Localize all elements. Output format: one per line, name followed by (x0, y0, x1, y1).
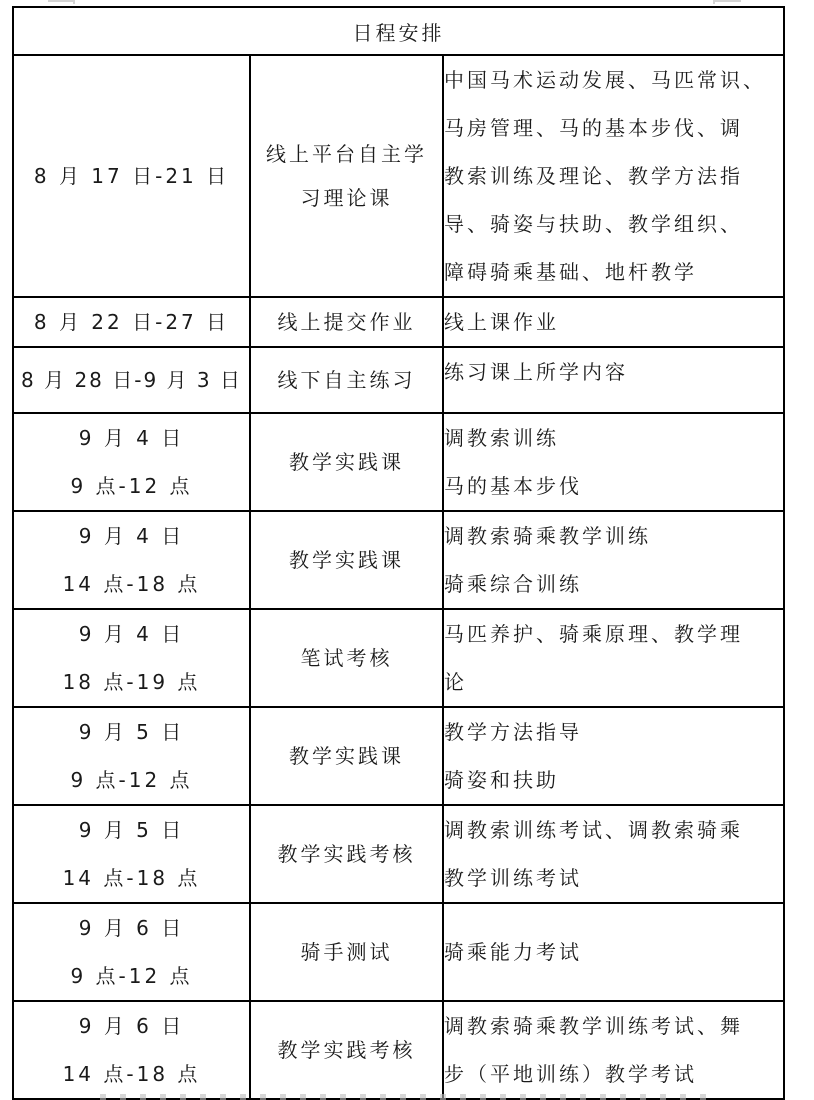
content-cell: 调教索骑乘教学训练考试、舞 步（平地训练）教学考试 (443, 1001, 784, 1099)
content-text: 教索训练及理论、教学方法指 (444, 152, 783, 200)
table-row: 9 月 4 日 9 点-12 点 教学实践课 调教索训练 马的基本步伐 (13, 413, 784, 511)
type-cell: 骑手测试 (250, 903, 443, 1001)
time-text: 14 点-18 点 (14, 854, 249, 902)
content-text: 障碍骑乘基础、地杆教学 (444, 248, 783, 296)
content-text: 骑乘综合训练 (444, 560, 783, 608)
type-text: 笔试考核 (251, 636, 442, 680)
date-text: 9 月 4 日 (14, 610, 249, 658)
date-text: 9 月 5 日 (14, 806, 249, 854)
type-text: 教学实践课 (251, 734, 442, 778)
content-text: 步（平地训练）教学考试 (444, 1050, 783, 1098)
type-text: 教学实践课 (251, 538, 442, 582)
content-text: 导、骑姿与扶助、教学组织、 (444, 200, 783, 248)
content-text: 骑姿和扶助 (444, 756, 783, 804)
time-text: 9 点-12 点 (14, 756, 249, 804)
type-text: 教学实践考核 (251, 1028, 442, 1072)
type-cell: 教学实践考核 (250, 1001, 443, 1099)
table-title: 日程安排 (13, 7, 784, 55)
type-cell: 教学实践课 (250, 511, 443, 609)
type-cell: 线下自主练习 (250, 347, 443, 413)
content-text: 骑乘能力考试 (444, 928, 783, 976)
table-row: 9 月 6 日 9 点-12 点 骑手测试 骑乘能力考试 (13, 903, 784, 1001)
cropped-footer-text (100, 1094, 710, 1100)
date-cell: 9 月 4 日 9 点-12 点 (13, 413, 250, 511)
type-cell: 教学实践课 (250, 413, 443, 511)
type-text: 习理论课 (251, 176, 442, 220)
content-cell: 练习课上所学内容 (443, 347, 784, 413)
type-cell: 线上提交作业 (250, 297, 443, 347)
date-cell: 9 月 6 日 9 点-12 点 (13, 903, 250, 1001)
content-text: 教学方法指导 (444, 708, 783, 756)
date-cell: 9 月 6 日 14 点-18 点 (13, 1001, 250, 1099)
time-text: 9 点-12 点 (14, 462, 249, 510)
table-row: 8 月 28 日-9 月 3 日 线下自主练习 练习课上所学内容 (13, 347, 784, 413)
table-row: 9 月 6 日 14 点-18 点 教学实践考核 调教索骑乘教学训练考试、舞 步… (13, 1001, 784, 1099)
content-cell: 调教索训练 马的基本步伐 (443, 413, 784, 511)
type-text: 线上提交作业 (251, 300, 442, 344)
table-row: 8 月 22 日-27 日 线上提交作业 线上课作业 (13, 297, 784, 347)
table-row: 9 月 5 日 14 点-18 点 教学实践考核 调教索训练考试、调教索骑乘 教… (13, 805, 784, 903)
content-cell: 调教索训练考试、调教索骑乘 教学训练考试 (443, 805, 784, 903)
type-cell: 教学实践考核 (250, 805, 443, 903)
type-text: 骑手测试 (251, 930, 442, 974)
table-row: 9 月 5 日 9 点-12 点 教学实践课 教学方法指导 骑姿和扶助 (13, 707, 784, 805)
type-text: 教学实践考核 (251, 832, 442, 876)
content-text: 马的基本步伐 (444, 462, 783, 510)
content-cell: 骑乘能力考试 (443, 903, 784, 1001)
date-cell: 9 月 5 日 14 点-18 点 (13, 805, 250, 903)
date-cell: 9 月 4 日 18 点-19 点 (13, 609, 250, 707)
date-cell: 9 月 4 日 14 点-18 点 (13, 511, 250, 609)
page-corner-mark-left (48, 0, 74, 2)
date-text: 8 月 17 日-21 日 (14, 152, 249, 200)
content-cell: 调教索骑乘教学训练 骑乘综合训练 (443, 511, 784, 609)
time-text: 14 点-18 点 (14, 560, 249, 608)
date-text: 9 月 6 日 (14, 1002, 249, 1050)
date-text: 8 月 22 日-27 日 (14, 298, 249, 346)
date-text: 9 月 6 日 (14, 904, 249, 952)
type-text: 线上平台自主学 (251, 132, 442, 176)
date-cell: 8 月 17 日-21 日 (13, 55, 250, 297)
schedule-table: 日程安排 8 月 17 日-21 日 线上平台自主学 习理论课 中国马术运动发展… (12, 6, 785, 1100)
content-text: 教学训练考试 (444, 854, 783, 902)
type-text: 线下自主练习 (251, 358, 442, 402)
content-text: 线上课作业 (444, 298, 783, 346)
page-corner-mark-right-v (713, 0, 715, 4)
page-corner-mark-left-v (73, 0, 75, 4)
date-text: 8 月 28 日-9 月 3 日 (14, 356, 249, 404)
content-cell: 马匹养护、骑乘原理、教学理 论 (443, 609, 784, 707)
content-text: 论 (444, 658, 783, 706)
date-text: 9 月 4 日 (14, 414, 249, 462)
content-text: 马房管理、马的基本步伐、调 (444, 104, 783, 152)
table-row: 9 月 4 日 14 点-18 点 教学实践课 调教索骑乘教学训练 骑乘综合训练 (13, 511, 784, 609)
date-cell: 8 月 22 日-27 日 (13, 297, 250, 347)
content-text: 马匹养护、骑乘原理、教学理 (444, 610, 783, 658)
content-text: 练习课上所学内容 (444, 348, 783, 396)
content-text: 调教索骑乘教学训练考试、舞 (444, 1002, 783, 1050)
date-cell: 8 月 28 日-9 月 3 日 (13, 347, 250, 413)
content-text: 中国马术运动发展、马匹常识、 (444, 56, 783, 104)
date-cell: 9 月 5 日 9 点-12 点 (13, 707, 250, 805)
content-cell: 中国马术运动发展、马匹常识、 马房管理、马的基本步伐、调 教索训练及理论、教学方… (443, 55, 784, 297)
time-text: 14 点-18 点 (14, 1050, 249, 1098)
content-cell: 线上课作业 (443, 297, 784, 347)
content-text: 调教索训练 (444, 414, 783, 462)
type-cell: 教学实践课 (250, 707, 443, 805)
content-cell: 教学方法指导 骑姿和扶助 (443, 707, 784, 805)
type-text: 教学实践课 (251, 440, 442, 484)
content-text: 调教索骑乘教学训练 (444, 512, 783, 560)
time-text: 18 点-19 点 (14, 658, 249, 706)
table-title-row: 日程安排 (13, 7, 784, 55)
page-corner-mark-right (713, 0, 741, 2)
content-text: 调教索训练考试、调教索骑乘 (444, 806, 783, 854)
time-text: 9 点-12 点 (14, 952, 249, 1000)
table-row: 9 月 4 日 18 点-19 点 笔试考核 马匹养护、骑乘原理、教学理 论 (13, 609, 784, 707)
date-text: 9 月 5 日 (14, 708, 249, 756)
type-cell: 笔试考核 (250, 609, 443, 707)
table-row: 8 月 17 日-21 日 线上平台自主学 习理论课 中国马术运动发展、马匹常识… (13, 55, 784, 297)
type-cell: 线上平台自主学 习理论课 (250, 55, 443, 297)
date-text: 9 月 4 日 (14, 512, 249, 560)
